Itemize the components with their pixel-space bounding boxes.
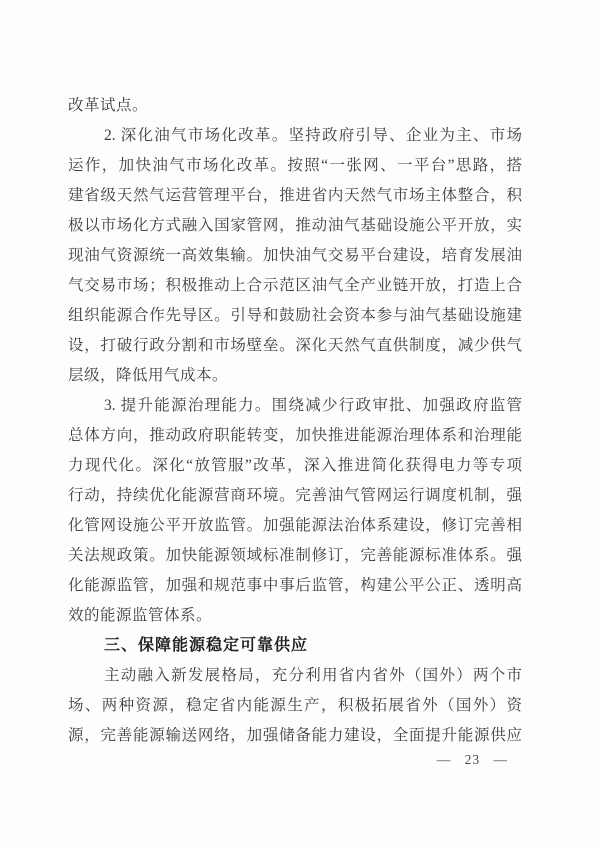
text-line: 气交易市场；积极推动上合示范区油气全产业链开放，打造上合 xyxy=(68,271,522,301)
text-line: 设，打破行政分割和市场壁垒。深化天然气直供制度，减少供气 xyxy=(68,331,522,361)
text-line: 行动，持续优化能源营商环境。完善油气管网运行调度机制，强 xyxy=(68,481,522,511)
text-line: 组织能源合作先导区。引导和鼓励社会资本参与油气基础设施建 xyxy=(68,301,522,331)
text-line: 主动融入新发展格局，充分利用省内省外（国外）两个市 xyxy=(68,661,522,691)
text-line: 源，完善能源输送网络，加强储备能力建设，全面提升能源供应 xyxy=(68,721,522,751)
text-line: 运作，加快油气市场化改革。按照“一张网、一平台”思路，搭 xyxy=(68,151,522,181)
document-page: 改革试点。2. 深化油气市场化改革。坚持政府引导、企业为主、市场运作，加快油气市… xyxy=(0,0,600,848)
text-line: 化能源监管，加强和规范事中事后监管，构建公平公正、透明高 xyxy=(68,571,522,601)
text-line: 2. 深化油气市场化改革。坚持政府引导、企业为主、市场 xyxy=(68,121,522,151)
page-number: — 23 — xyxy=(437,752,508,768)
text-line: 3. 提升能源治理能力。围绕减少行政审批、加强政府监管 xyxy=(68,391,522,421)
text-line: 总体方向，推动政府职能转变，加快推进能源治理体系和治理能 xyxy=(68,421,522,451)
text-line: 化管网设施公平开放监管。加强能源法治体系建设，修订完善相 xyxy=(68,511,522,541)
text-line: 改革试点。 xyxy=(68,91,522,121)
text-line: 极以市场化方式融入国家管网，推动油气基础设施公平开放，实 xyxy=(68,211,522,241)
text-line: 场、两种资源，稳定省内能源生产，积极拓展省外（国外）资 xyxy=(68,691,522,721)
text-line: 建省级天然气运营管理平台，推进省内天然气市场主体整合，积 xyxy=(68,181,522,211)
section-heading: 三、保障能源稳定可靠供应 xyxy=(68,631,522,661)
text-line: 现油气资源统一高效集输。加快油气交易平台建设，培育发展油 xyxy=(68,241,522,271)
text-line: 效的能源监管体系。 xyxy=(68,601,522,631)
text-line: 层级，降低用气成本。 xyxy=(68,361,522,391)
text-line: 力现代化。深化“放管服”改革，深入推进简化获得电力等专项 xyxy=(68,451,522,481)
text-line: 关法规政策。加快能源领域标准制修订，完善能源标准体系。强 xyxy=(68,541,522,571)
document-body: 改革试点。2. 深化油气市场化改革。坚持政府引导、企业为主、市场运作，加快油气市… xyxy=(68,91,522,751)
